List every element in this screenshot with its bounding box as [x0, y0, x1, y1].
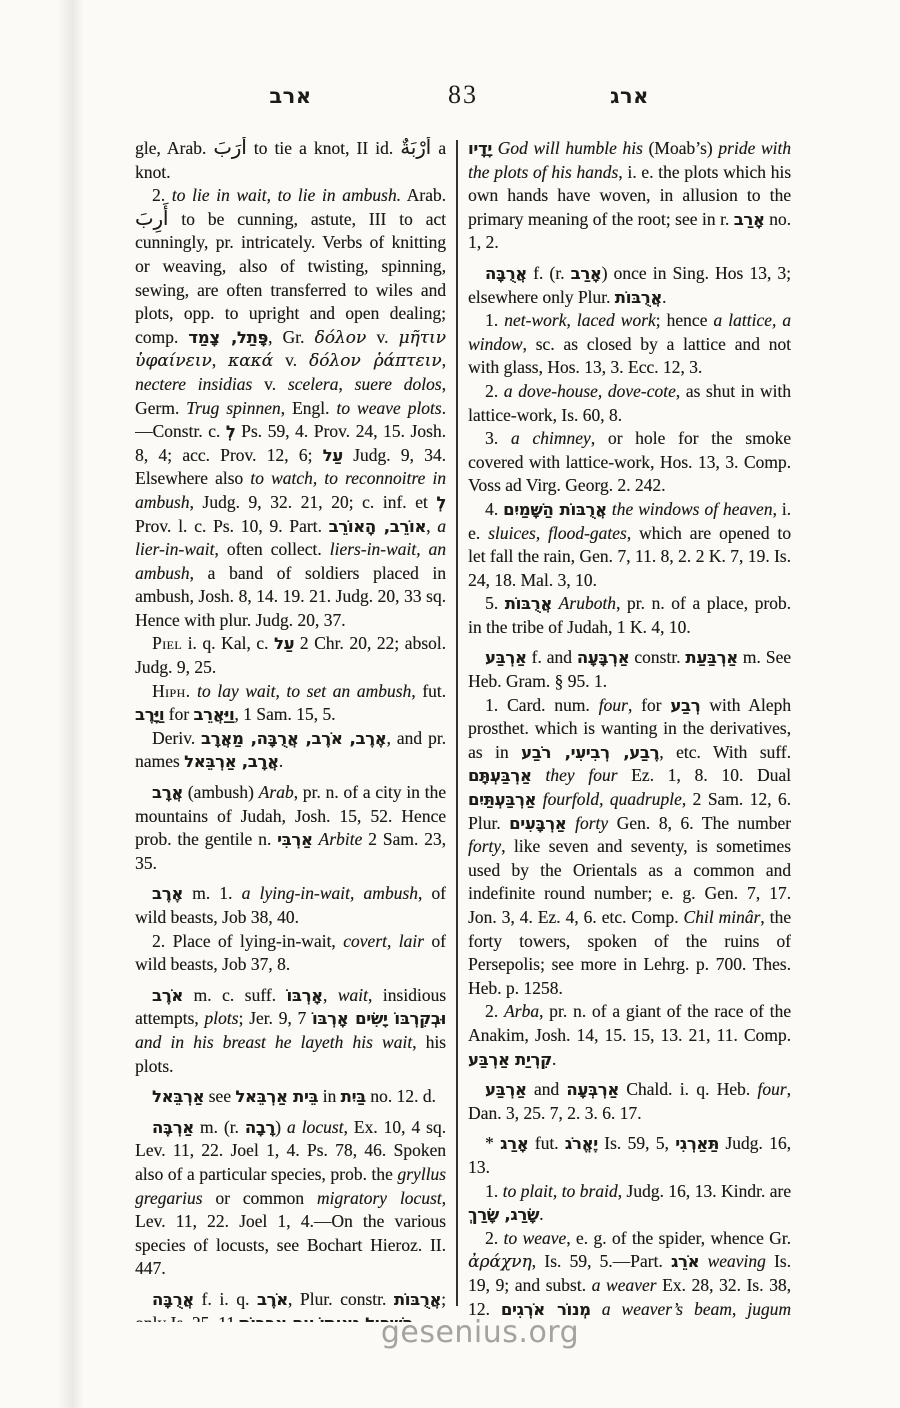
text-run: . [279, 751, 283, 771]
text-run: constr. [629, 647, 685, 667]
smallcaps-text: Piel [152, 633, 182, 653]
column-right-content: יָדָיו God will humble his (Moab’s) prid… [468, 137, 791, 1322]
text-run: gle, Arab. [135, 138, 213, 158]
paragraph: אַרְבַּע f. and אַרְבָּעָה constr. אַרְב… [468, 646, 791, 693]
hebrew-text: אֲרָב, אַרְבֵּאל [184, 752, 279, 771]
hebrew-text: רֶבַע, רְבִיעִי, רֹבַע [521, 743, 659, 762]
header-catchword-right: ארג [468, 84, 791, 116]
italic-text: Aruboth [559, 593, 616, 613]
italic-text: plots [204, 1008, 238, 1028]
text-run: 2. Place of lying-in-wait, [152, 931, 343, 951]
hebrew-text: אָרְבּוֹ [286, 986, 322, 1005]
italic-text: a dove-house, dove-cote [504, 381, 676, 401]
italic-text: to weave [503, 1228, 566, 1248]
text-run: m. c. suff. [183, 985, 287, 1005]
italic-text: forty [575, 813, 608, 833]
italic-text: and in his breast he layeth his wait [135, 1032, 412, 1052]
italic-text: the windows of heaven [612, 499, 773, 519]
text-run: 2. [152, 185, 172, 205]
hebrew-text: אֹרֶב [152, 986, 183, 1005]
text-run: , Engl. [281, 398, 337, 418]
hebrew-text: בֵּית אַרְבֵּאל [235, 1087, 318, 1106]
watermark: gesenius.org [330, 1315, 630, 1355]
hebrew-text: אָרַב [571, 264, 602, 283]
dictionary-page-scan: ארב 83 ארג gle, Arab. أَرَبَ to tie a kn… [0, 0, 900, 1408]
italic-text: Trug spinnen [186, 398, 280, 418]
text-run: * [485, 1133, 500, 1153]
text-run: fut. [528, 1133, 565, 1153]
text-run: to tie a knot, II id. [247, 138, 401, 158]
text-run: 5. [485, 593, 505, 613]
text-run: m. (r. [194, 1117, 245, 1137]
italic-text: a lying-in-wait, ambush [242, 883, 418, 903]
text-run: , [323, 985, 338, 1005]
hebrew-text: אֲרָב [152, 783, 183, 802]
text-run: f. and [527, 647, 577, 667]
text-run [532, 765, 546, 785]
smallcaps-text: Hiph. [152, 681, 190, 701]
italic-text: four [599, 695, 628, 715]
scan-edge-shadow [58, 0, 84, 1408]
hebrew-text: אֲרֻבּוֹת [505, 594, 552, 613]
paragraph: Piel i. q. Kal, c. עַל 2 Chr. 20, 22; ab… [135, 632, 446, 679]
text-run: or common [202, 1188, 317, 1208]
paragraph: 2. to lie in wait, to lie in ambush. Ara… [135, 184, 446, 632]
text-run: Is. 59, 5, [598, 1133, 675, 1153]
hebrew-text: אֶרֶב, אֹרֶב, אֲרֻבָּה, מַאֲרָב [201, 729, 386, 748]
hebrew-text: רָבָה [245, 1118, 275, 1137]
greek-text: κακά [228, 351, 273, 371]
text-run: , Is. 59, 5.—Part. [532, 1251, 671, 1271]
paragraph: 3. a chimney, or hole for the smoke cove… [468, 427, 791, 498]
text-run: for [164, 704, 193, 724]
paragraph: 2. Arba, pr. n. of a giant of the race o… [468, 1000, 791, 1071]
hebrew-text: אַרְבַּע [485, 1080, 527, 1099]
text-run: 1. Card. num. [485, 695, 599, 715]
text-run: (Moab’s) [643, 138, 718, 158]
hebrew-text: אַרְבִּי [277, 830, 313, 849]
italic-text: forty [468, 836, 501, 856]
text-run: Deriv. [152, 728, 201, 748]
greek-text: δόλον ῥάπτειν [309, 351, 442, 371]
hebrew-text: רְבַע [670, 696, 700, 715]
text-run: 4. [485, 499, 503, 519]
column-left-content: gle, Arab. أَرَبَ to tie a knot, II id. … [135, 137, 446, 1322]
hebrew-text: אֹרֵג [671, 1252, 699, 1271]
text-run: Prov. l. c. Ps. 10, 9. Part. [135, 516, 329, 536]
italic-text: weaving [707, 1251, 765, 1271]
text-run: 3. [485, 428, 511, 448]
italic-text: to lay wait, to set an ambush [197, 681, 411, 701]
arabic-text: أُرْبَةٌ [400, 137, 431, 159]
text-run: , Gr. [268, 327, 315, 347]
hebrew-text: אֶרֶב [152, 884, 183, 903]
hebrew-text: בַּיִת [341, 1087, 366, 1106]
italic-text: a chimney [511, 428, 591, 448]
paragraph: Deriv. אֶרֶב, אֹרֶב, אֲרֻבָּה, מַאֲרָב, … [135, 727, 446, 774]
text-run: , often collect. [214, 539, 329, 559]
paragraph: אֶרֶב m. 1. a lying-in-wait, ambush, of … [135, 882, 446, 929]
text-run [566, 813, 575, 833]
hebrew-text: אַרְבְּעָה [566, 1080, 619, 1099]
hebrew-text: אַרְבַּע [485, 648, 527, 667]
italic-text: covert, lair [343, 931, 424, 951]
italic-text: net-work, laced work [504, 310, 656, 330]
italic-text: Chil minâr [683, 907, 760, 927]
text-run: i. q. Kal, c. [182, 633, 274, 653]
italic-text: Arab [259, 782, 294, 802]
text-run: no. 12. d. [366, 1086, 436, 1106]
hebrew-text: אֲרֻבָּה [485, 264, 527, 283]
hebrew-text: אַרְבַּעְתַּיִם [468, 790, 536, 809]
paragraph: Hiph. to lay wait, to set an ambush, fut… [135, 680, 446, 727]
hebrew-text: וַיַּאֲרֵב [193, 705, 234, 724]
text-run: , [212, 350, 228, 370]
text-run: . [539, 1204, 543, 1224]
text-run: ; hence [656, 310, 714, 330]
paragraph: * אָרַג fut. יֶאֱרֹג Is. 59, 5, תַּאַרְג… [468, 1132, 791, 1179]
hebrew-text: לְ [226, 422, 236, 441]
text-run: (ambush) [183, 782, 259, 802]
hebrew-text: אֲרֻבּוֹת [615, 288, 662, 307]
hebrew-text: קִרְיַת אַרְבַּע [468, 1050, 552, 1069]
italic-text: they four [545, 765, 617, 785]
paragraph: 1. Card. num. four, for רְבַע with Aleph… [468, 694, 791, 1001]
paragraph: 2. a dove-house, dove-cote, as shut in w… [468, 380, 791, 427]
italic-text: sluices, flood-gates [488, 523, 627, 543]
italic-text: Arba [504, 1001, 539, 1021]
text-run: , [338, 374, 354, 394]
text-run: . [662, 287, 666, 307]
text-run: m. 1. [183, 883, 242, 903]
hebrew-text: אֲרֻבּוֹת [394, 1290, 441, 1309]
text-run: Ez. 1, 8. 10. Dual [617, 765, 791, 785]
hebrew-text: אַרְבֵּאל [152, 1087, 204, 1106]
hebrew-text: אָרַג [500, 1134, 528, 1153]
italic-text: to weave plots [336, 398, 441, 418]
text-run: 2. [485, 1001, 504, 1021]
text-run: , [426, 516, 437, 536]
text-run: and [527, 1079, 567, 1099]
hebrew-text: אַרְבָּעִים [509, 814, 566, 833]
text-run: 2. [485, 381, 504, 401]
hebrew-text: אַרְבַּעַת [685, 648, 737, 667]
text-run: f. (r. [527, 263, 571, 283]
greek-text: δόλον [314, 328, 366, 348]
paragraph: 4. אֲרֻבּוֹת הַשָּׁמַיִם the windows of … [468, 498, 791, 592]
text-run: ) [275, 1117, 287, 1137]
text-run: see [204, 1086, 235, 1106]
paragraph: gle, Arab. أَرَبَ to tie a knot, II id. … [135, 137, 446, 184]
hebrew-text: עַל [323, 446, 343, 465]
hebrew-text: אָרַב [734, 210, 765, 229]
italic-text: God will humble his [498, 138, 643, 158]
paragraph: 5. אֲרֻבּוֹת Aruboth, pr. n. of a place,… [468, 592, 791, 639]
italic-text: a locust [287, 1117, 344, 1137]
hebrew-text: אַרְבַּעְתָּם [468, 766, 532, 785]
text-run: , [732, 1299, 747, 1319]
hebrew-text: יֶאֱרֹג [565, 1134, 598, 1153]
italic-text: suere dolos [355, 374, 442, 394]
hebrew-text: אֲרֻבּוֹת הַשָּׁמַיִם [503, 500, 607, 519]
italic-text: scelera [288, 374, 339, 394]
paragraph: אַרְבַּע and אַרְבְּעָה Chald. i. q. Heb… [468, 1078, 791, 1125]
hebrew-text: וּבְקִרְבּוֹ יָשִׂים אָרְבּוֹ [312, 1009, 446, 1028]
text-run: , etc. With suff. [659, 742, 791, 762]
italic-text: a weaver [592, 1275, 657, 1295]
text-run: , Judg. 16, 13. Kindr. are [618, 1181, 791, 1201]
paragraph: אַרְבֵּאל see בֵּית אַרְבֵּאל in בַּיִת … [135, 1085, 446, 1109]
italic-text: wait [338, 985, 368, 1005]
text-run [190, 681, 197, 701]
arabic-text: أَرِبَ [135, 207, 168, 230]
italic-text: Arbite [319, 829, 363, 849]
hebrew-text: אֲרֻבָּה [152, 1290, 194, 1309]
text-run: ; Jer. 9, 7 [238, 1008, 312, 1028]
italic-text: migratory locust [317, 1188, 442, 1208]
text-run: f. i. q. [194, 1289, 257, 1309]
text-run: 1. [485, 1181, 503, 1201]
hebrew-text: שָׂרַג, שָׂרַךְ [468, 1205, 539, 1224]
hebrew-text: וַיָּרֶב [135, 705, 164, 724]
text-run: 2. [485, 1228, 503, 1248]
text-run: in [318, 1086, 340, 1106]
text-run: v. [273, 350, 309, 370]
italic-text: four [757, 1079, 786, 1099]
paragraph: 1. to plait, to braid, Judg. 16, 13. Kin… [468, 1180, 791, 1227]
text-run: , e. g. of the spider, whence Gr. [566, 1228, 791, 1248]
text-run: , [442, 350, 446, 370]
arabic-text: أَرَبَ [213, 137, 246, 159]
paragraph: 2. Place of lying-in-wait, covert, lair … [135, 930, 446, 977]
greek-text: ἀράχνη [468, 1252, 532, 1272]
text-run: 1. [485, 310, 504, 330]
italic-text: to plait, to braid [503, 1181, 618, 1201]
italic-text: fourfold, quadruple [543, 789, 682, 809]
hebrew-text: יָדָיו [468, 139, 492, 158]
text-run: Gen. 8, 6. The number [608, 813, 791, 833]
text-run: v. [366, 327, 398, 347]
hebrew-text: אֹרֶב [257, 1290, 288, 1309]
hebrew-text: אַרְבֶּה [152, 1118, 194, 1137]
italic-text: to lie in wait, to lie in ambush. [172, 185, 401, 205]
text-run [552, 593, 559, 613]
paragraph: 1. net-work, laced work; hence a lattice… [468, 309, 791, 380]
hebrew-text: אוֹרֵב, הָאוֹרֵב [329, 517, 427, 536]
hebrew-text: פָּתַל, צָמַד [188, 328, 268, 347]
column-divider-rule [456, 140, 458, 1306]
text-run: , 1 Sam. 15, 5. [234, 704, 335, 724]
text-run: , for [628, 695, 671, 715]
text-run: , Plur. constr. [288, 1289, 394, 1309]
hebrew-text: תַּאַרְגִי [675, 1134, 719, 1153]
text-run: , Judg. 9, 32. 21, 20; c. inf. et [189, 492, 436, 512]
text-run: , fut. [411, 681, 446, 701]
text-run: v. [252, 374, 288, 394]
italic-text: nectere insidias [135, 374, 252, 394]
paragraph: אֲרֻבָּה f. (r. אָרַב) once in Sing. Hos… [468, 262, 791, 309]
paragraph: 2. to weave, e. g. of the spider, whence… [468, 1227, 791, 1322]
text-run: Chald. i. q. Heb. [619, 1079, 757, 1099]
paragraph: אֹרֶב m. c. suff. אָרְבּוֹ, wait, insidi… [135, 984, 446, 1078]
paragraph: יָדָיו God will humble his (Moab’s) prid… [468, 137, 791, 255]
paragraph: אֲרָב (ambush) Arab, pr. n. of a city in… [135, 781, 446, 875]
hebrew-text: לְ [436, 493, 446, 512]
paragraph: אַרְבֶּה m. (r. רָבָה) a locust, Ex. 10,… [135, 1116, 446, 1281]
text-run: . [552, 1049, 556, 1069]
text-run: Arab. [401, 185, 446, 205]
hebrew-text: אַרְבָּעָה [577, 648, 630, 667]
hebrew-text: עַל [274, 634, 294, 653]
